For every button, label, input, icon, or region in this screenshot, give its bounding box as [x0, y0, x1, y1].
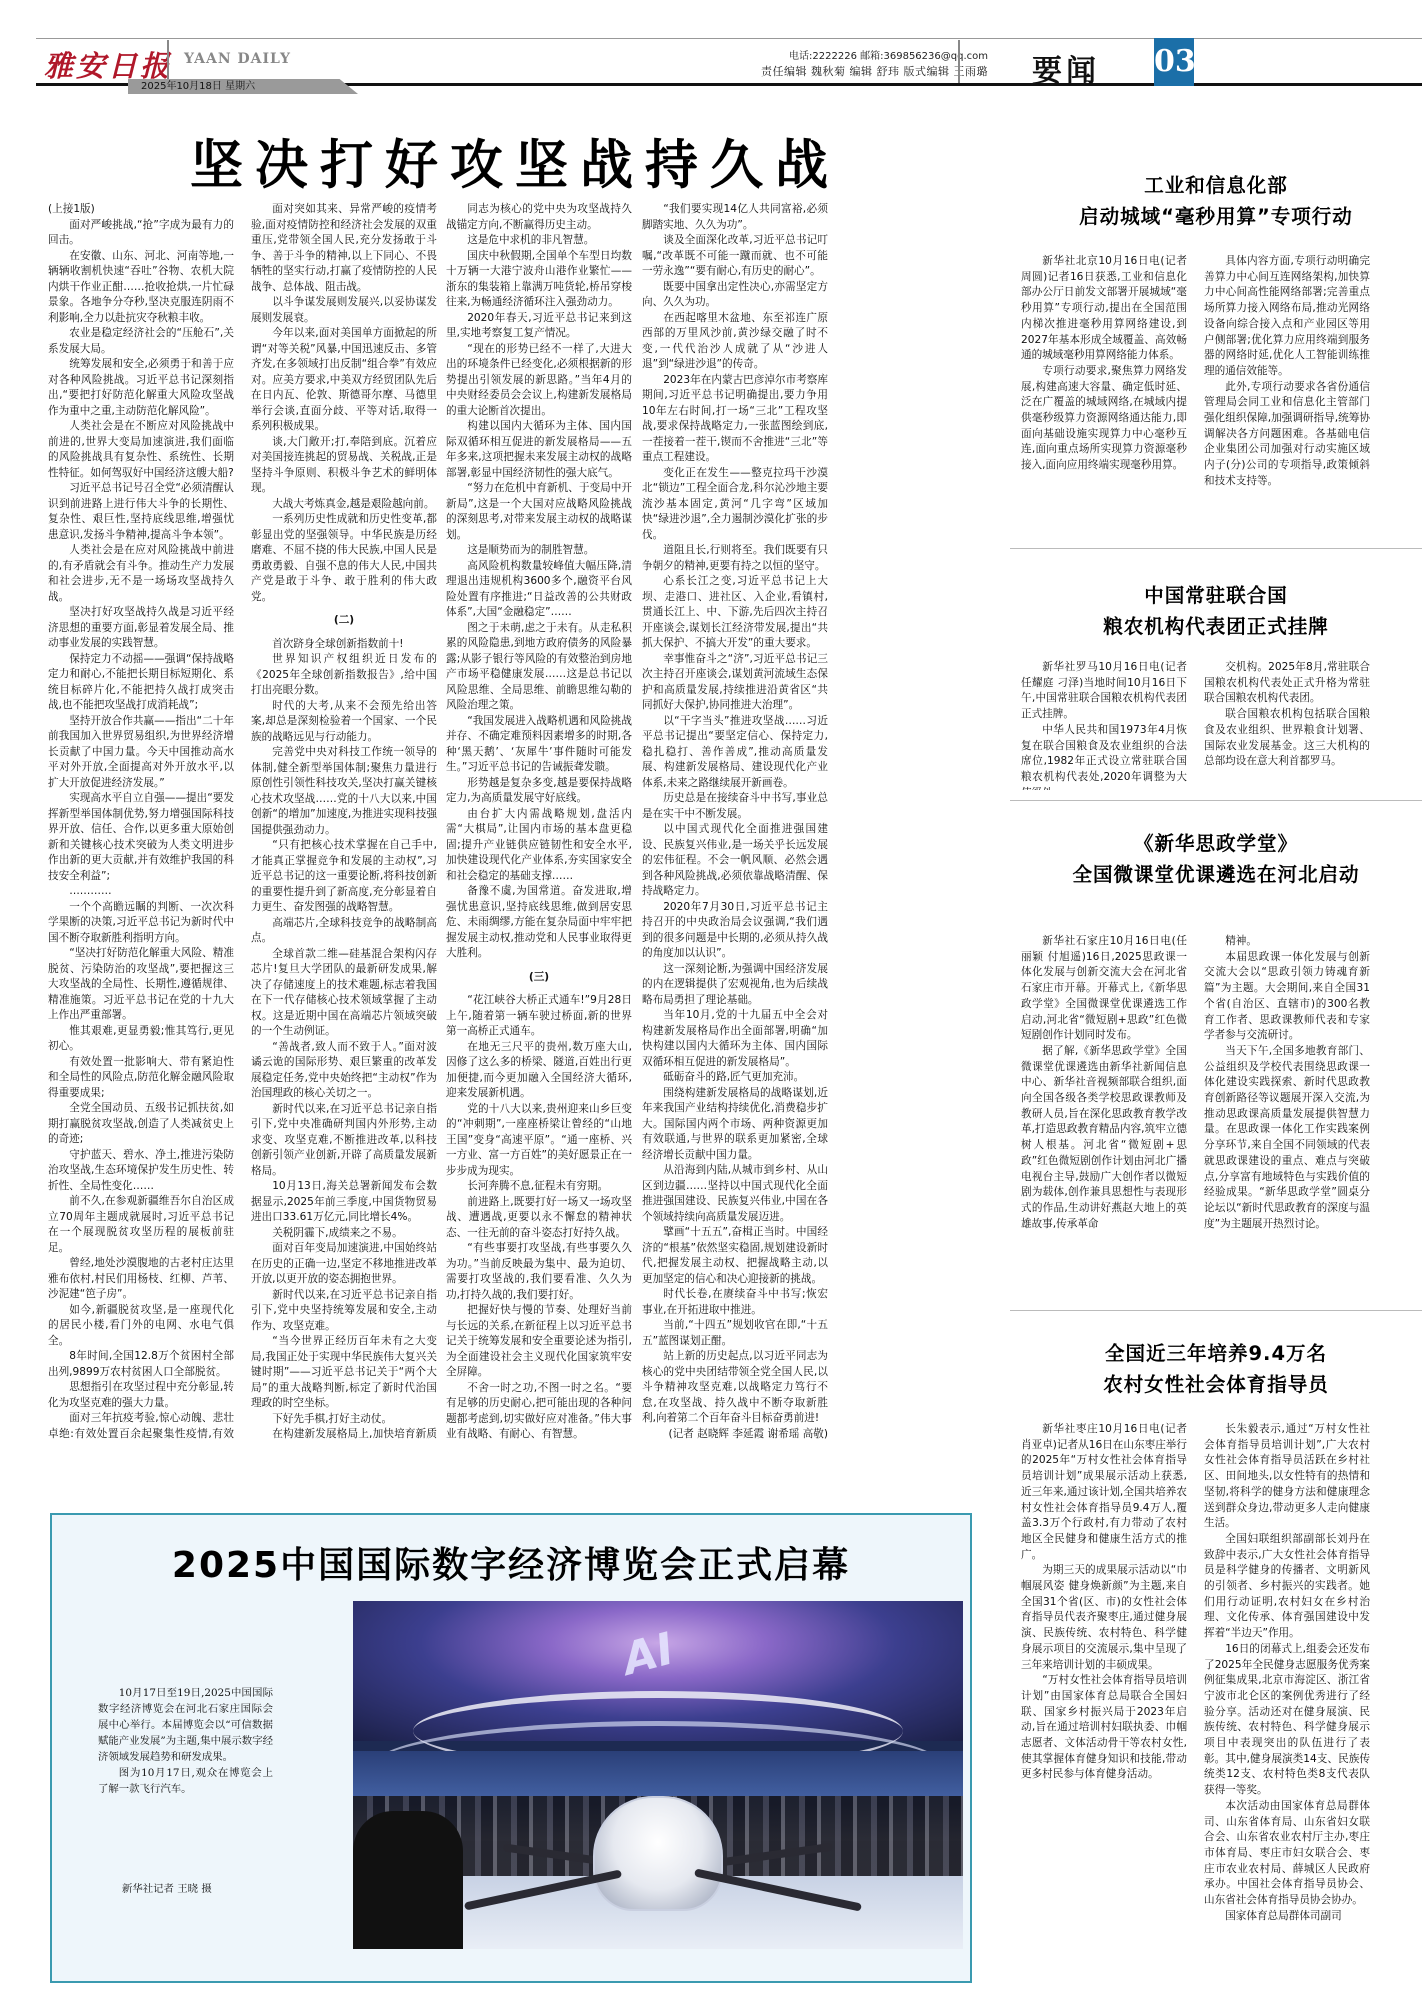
header-divider [958, 40, 960, 83]
photo-visitor [353, 1811, 463, 1949]
paragraph: 历史总是在接续奋斗中书写,事业总是在实干中不断发展。 [642, 791, 828, 822]
paragraph: 当天下午,全国多地教育部门、公益组织及学校代表围绕思政课一体化建设实践探索、新时… [1204, 1044, 1370, 1232]
headline-line: 全国微课堂优课遴选在河北启动 [1010, 859, 1422, 890]
paragraph: 同志为核心的党中央为攻坚战持久战锚定方向,不断赢得历史主动。 [446, 202, 632, 233]
paragraph: 前不久,在参观新疆维吾尔自治区成立70周年主题成就展时,习近平总书记在一个展现脱… [48, 1194, 234, 1256]
headline-line: 全国近三年培养9.4万名 [1010, 1338, 1422, 1369]
paragraph: 以斗争谋发展则发展兴,以妥协谋发展则发展衰。 [251, 295, 437, 326]
paragraph: 新华社北京10月16日电(记者 周圆)记者16日获悉,工业和信息化部办公厅日前发… [1021, 254, 1187, 364]
paragraph: 16日的闭幕式上,组委会还发布了2025年全民健身志愿服务优秀案例征集成果,北京… [1204, 1642, 1370, 1799]
paragraph: 首次跻身全球创新指数前十! [251, 637, 437, 653]
article-column-2: 面对突如其来、异常严峻的疫情考验,面对疫情防控和经济社会发展的双重重压,党带领全… [251, 202, 437, 1442]
photo-credit: 新华社记者 王晓 摄 [122, 1880, 212, 1895]
paragraph: (二) [251, 613, 437, 629]
paragraph: 本届思政课一体化发展与创新交流大会以“思政引领力铸魂育新篇”为主题。大会期间,来… [1204, 950, 1370, 1044]
paragraph: 道阻且长,行则将至。我们既要有只争朝夕的精神,更要有持之以恒的坚守。 [642, 543, 828, 574]
photo-feature: 2025中国国际数字经济博览会正式启幕 10月17日至19日,2025中国国际数… [50, 1513, 972, 1983]
headline-line: 《新华思政学堂》 [1010, 828, 1422, 859]
paragraph: 专项行动要求,聚焦算力网络发展,构建高速大容量、确定低时延、泛在广覆盖的城域网络… [1021, 364, 1187, 474]
paragraph: 在地无三尺平的贵州,数万座大山,因修了这么多的桥梁、隧道,百姓出行更加便捷,而今… [446, 1040, 632, 1102]
paragraph: 据了解,《新华思政学堂》全国微课堂优课遴选由新华社新闻信息中心、新华社音视频部联… [1021, 1044, 1187, 1232]
paragraph: 不舍一时之功,不图一时之名。“要有足够的历史耐心,把可能出现的各种问题都考虑到,… [446, 1381, 632, 1443]
paragraph: 当前,“十四五”规划收官在即,“十五五”蓝图谋划正酣。 [642, 1318, 828, 1349]
photo-feature-title: 2025中国国际数字经济博览会正式启幕 [52, 1537, 970, 1588]
paragraph: 新华社罗马10月16日电(记者 任耀庭 刁泽)当地时间10月16日下午,中国常驻… [1021, 660, 1187, 723]
expo-photo: AI [353, 1601, 963, 1949]
paragraphs: 长朱毅表示,通过“万村女性社会体育指导员培训计划”,广大农村女性社会体育指导员活… [1204, 1422, 1370, 1925]
paragraph: 一个个高瞻远瞩的判断、一次次科学果断的决策,习近平总书记为新时代中国不断夺取新胜… [48, 900, 234, 947]
paragraph: 完善党中央对科技工作统一领导的体制,健全新型举国体制;聚焦力量进行原创性引领性科… [251, 745, 437, 838]
story-2-column-b: 交机构。2025年8月,常驻联合国粮农机构代表处正式升格为常驻联合国粮农机构代表… [1204, 660, 1370, 790]
paragraphs: 面对突如其来、异常严峻的疫情考验,面对疫情防控和经济社会发展的双重重压,党带领全… [251, 202, 437, 1442]
story-4-column-b: 长朱毅表示,通过“万村女性社会体育指导员培训计划”,广大农村女性社会体育指导员活… [1204, 1422, 1370, 2002]
paragraph: 国家体育总局群体司副司 [1204, 1909, 1370, 1925]
paragraph: 新华社石家庄10月16日电(任丽颖 付旭遥)16日,2025思政课一体化发展与创… [1021, 934, 1187, 1044]
paragraph: 为期三天的成果展示活动以“巾帼展风姿 健身焕新颜”为主题,来自全国31个省(区、… [1021, 1563, 1187, 1673]
paragraph: 谈,大门敞开;打,奉陪到底。沉着应对美国接连挑起的贸易战、关税战,正是坚持斗争原… [251, 435, 437, 497]
paragraph: 新时代以来,在习近平总书记亲自指引下,党中央坚持统筹发展和安全,主动作为、攻坚克… [251, 1288, 437, 1335]
paragraph: 形势越是复杂多变,越是要保持战略定力,为高质量发展守好底线。 [446, 776, 632, 807]
paragraph: 在构建新发展格局上,加快培育新质生产力,塑造发展新优势新动能;在乡村振兴战场上,… [251, 1427, 437, 1442]
paragraph: 长朱毅表示,通过“万村女性社会体育指导员培训计划”,广大农村女性社会体育指导员活… [1204, 1422, 1370, 1532]
article-column-3: 同志为核心的党中央为攻坚战持久战锚定方向,不断赢得历史主动。这是危中求机的非凡智… [446, 202, 632, 1442]
paragraph: 农业是稳定经济社会的“压舱石”,关系发展大局。 [48, 326, 234, 357]
article-column-4: “我们要实现14亿人共同富裕,必须脚踏实地、久久为功”。谈及全面深化改革,习近平… [642, 202, 828, 1442]
paragraph: 党的十八大以来,贵州迎来山乡巨变的“冲刺期”,一座座桥梁让曾经的“山地王国”变身… [446, 1102, 632, 1180]
paragraph: 世界知识产权组织近日发布的《2025年全球创新指数报告》,给中国打出亮眼分数。 [251, 652, 437, 699]
paragraph: “万村女性社会体育指导员培训计划”由国家体育总局联合全国妇联、国家乡村振兴局于2… [1021, 1673, 1187, 1783]
story-1-column-b: 具体内容方面,专项行动明确完善算力中心间互连网络架构,加快算力中心间高性能网络部… [1204, 254, 1370, 534]
paragraph: 高风险机构数量较峰值大幅压降,清理退出违规机构3600多个,融资平台风险处置有序… [446, 559, 632, 621]
paragraphs: 新华社枣庄10月16日电(记者 肖亚卓)记者从16日在山东枣庄举行的2025年“… [1021, 1422, 1187, 1783]
paragraph: 国庆中秋假期,全国单个车型日均数十万辆一大港宁波舟山港作业繁忙——浙东的集装箱上… [446, 249, 632, 311]
paragraph: 新时代以来,在习近平总书记亲自指引下,党中央准确研判国内外形势,主动求变、攻坚克… [251, 1102, 437, 1180]
section-name: 要闻 [1032, 46, 1100, 90]
story-1-headline: 工业和信息化部 启动城域“毫秒用算”专项行动 [1010, 170, 1422, 232]
paragraph: 如今,新疆脱贫攻坚,是一座现代化的居民小楼,看门外的电网、水电气俱全。 [48, 1303, 234, 1350]
paragraph: 全国妇联组织部副部长刘丹在致辞中表示,广大女性社会体育指导员是科学健身的传播者、… [1204, 1532, 1370, 1642]
paragraph: “我国发展进入战略机遇和风险挑战并存、不确定难预料因素增多的时期,各种‘黑天鹅’… [446, 714, 632, 776]
paragraph: 把握好快与慢的节奏、处理好当前与长远的关系,在新征程上以习近平总书记关于统筹发展… [446, 1303, 632, 1381]
paragraph: 从沿海到内陆,从城市到乡村、从山区到边疆……坚持以中国式现代化全面推进强国建设、… [642, 1163, 828, 1225]
paragraphs: 同志为核心的党中央为攻坚战持久战锚定方向,不断赢得历史主动。这是危中求机的非凡智… [446, 202, 632, 1442]
paragraph: 既要中国拿出定性决心,亦需坚定方向、久久为功。 [642, 280, 828, 311]
story-4-headline: 全国近三年培养9.4万名 农村女性社会体育指导员 [1010, 1338, 1422, 1400]
paragraphs: 新华社北京10月16日电(记者 周圆)记者16日获悉,工业和信息化部办公厅日前发… [1021, 254, 1187, 474]
paragraph: 守护蓝天、碧水、净土,推进污染防治攻坚战,生态环境保护发生历史性、转折性、全局性… [48, 1148, 234, 1195]
paragraph: 擘画“十五五”,奋楫正当时。中国经济的“根基”依然坚实稳固,规划建设新时代,把握… [642, 1225, 828, 1287]
paragraph: 由台扩大内需战略规划,盘活内需“大棋局”,让国内市场的基本盘更稳固;提升产业链供… [446, 807, 632, 885]
paragraph: “善战者,致人而不致于人。”面对波谲云诡的国际形势、艰巨繁重的改革发展稳定任务,… [251, 1040, 437, 1102]
photo-caption: 10月17日至19日,2025中国国际数字经济博览会在河北石家庄国际会展中心举行… [98, 1685, 273, 1797]
paragraphs: 新华社罗马10月16日电(记者 任耀庭 刁泽)当地时间10月16日下午,中国常驻… [1021, 660, 1187, 790]
paragraph: 有效处置一批影响大、带有紧迫性和全局性的风险点,防范化解金融风险取得重要成果; [48, 1055, 234, 1102]
paragraph: “花江峡谷大桥正式通车!”9月28日上午,随着第一辆车驶过桥面,新的世界第一高桥… [446, 993, 632, 1040]
paragraph: 围绕构建新发展格局的战略谋划,近年来我国产业结构持续优化,消费稳步扩大。国际国内… [642, 1086, 828, 1164]
paragraph: 全球首款二维—硅基混合架构闪存芯片!复旦大学团队的最新研发成果,解决了存储速度上… [251, 947, 437, 1040]
paragraph: 这是顺势而为的制胜智慧。 [446, 543, 632, 559]
paragraph: “努力在危机中育新机、于变局中开新局”,这是一个大国对应战略风险挑战的深刻思考,… [446, 481, 632, 543]
continued-from: (上接1版) [48, 202, 234, 218]
paragraph: 坚持开放合作共赢——指出“二十年前我国加入世界贸易组织,为世界经济增长贡献了中国… [48, 714, 234, 792]
paragraph: 人类社会是在应对风险挑战中前进的,有矛盾就会有斗争。推动生产力发展和社会进步,无… [48, 543, 234, 605]
paragraph: 10月13日,海关总署新闻发布会数据显示,2025年前三季度,中国货物贸易进出口… [251, 1179, 437, 1226]
paragraph: 曾经,地处沙漠腹地的古老村庄达里雅布依村,村民们用杨枝、红柳、芦苇、沙泥建“笆子… [48, 1256, 234, 1303]
paragraph: 8年时间,全国12.8万个贫困村全部出列,9899万农村贫困人口全部脱贫。 [48, 1349, 234, 1380]
paragraph: 精神。 [1204, 934, 1370, 950]
story-3-headline: 《新华思政学堂》 全国微课堂优课遴选在河北启动 [1010, 828, 1422, 890]
story-2-column-a: 新华社罗马10月16日电(记者 任耀庭 刁泽)当地时间10月16日下午,中国常驻… [1021, 660, 1187, 790]
article-column-1: (上接1版) 面对严峻挑战,“抢”字成为最有力的回击。在安徽、山东、河北、河南等… [48, 202, 234, 1442]
paragraphs: 面对严峻挑战,“抢”字成为最有力的回击。在安徽、山东、河北、河南等地,一辆辆收割… [48, 218, 234, 1443]
paragraph: 心系长江之变,习近平总书记上大坝、走港口、进社区、入企业,看镇村,贯通长江上、中… [642, 574, 828, 652]
issue-date: 2025年10月18日 星期六 [141, 79, 255, 94]
headline-line: 工业和信息化部 [1010, 170, 1422, 201]
paragraph: 幸事惟奋斗之“济”,习近平总书记三次主持召开座谈会,谋划黄河流域生态保护和高质量… [642, 652, 828, 714]
paragraph: “有些事要打攻坚战,有些事要久久为功。”当前反映最为集中、最为迫切、需要打攻坚战… [446, 1241, 632, 1303]
paragraph: “我们要实现14亿人共同富裕,必须脚踏实地、久久为功”。 [642, 202, 828, 233]
paragraph: 实现高水平自立自强——提出“要发挥新型举国体制优势,努力增强国际科技界开放、信任… [48, 791, 234, 884]
paragraph: “现在的形势已经不一样了,大进大出的环境条件已经变化,必须根据新的形势提出引领发… [446, 342, 632, 420]
headline-line: 中国常驻联合国 [1010, 580, 1422, 611]
page-number: 03 [1154, 38, 1194, 86]
paragraph: 保持定力不动摇——强调“保持战略定力和耐心,不能把长期目标短期化、系统目标碎片化… [48, 652, 234, 714]
header-divider [167, 40, 169, 83]
paragraphs: 精神。本届思政课一体化发展与创新交流大会以“思政引领力铸魂育新篇”为主题。大会期… [1204, 934, 1370, 1232]
paragraph: 大战大考炼真金,越是艰险越向前。 [251, 497, 437, 513]
paragraph: 谈及全面深化改革,习近平总书记叮嘱,“改革既不可能一蹴而就、也不可能一劳永逸”“… [642, 233, 828, 280]
paragraph: 这是危中求机的非凡智慧。 [446, 233, 632, 249]
paragraph: 中华人民共和国1973年4月恢复在联合国粮食及农业组织的合法席位,1982年正式… [1021, 723, 1187, 790]
headline-line: 农村女性社会体育指导员 [1010, 1369, 1422, 1400]
paragraph: 2020年春天,习近平总书记来到这里,实地考察复工复产情况。 [446, 311, 632, 342]
paragraph: 时代长卷,在赓续奋斗中书写;恢宏事业,在开拓进取中推进。 [642, 1287, 828, 1318]
paragraph: 全党全国动员、五级书记抓扶贫,如期打赢脱贫攻坚战,创造了人类减贫史上的奇迹; [48, 1101, 234, 1148]
paragraph: 在安徽、山东、河北、河南等地,一辆辆收割机快速“吞吐”谷物、农机大院内烘干作业正… [48, 249, 234, 327]
paragraph: 以“干字当头”推进攻坚战……习近平总书记提出“要坚定信心、保持定力,稳扎稳打、善… [642, 714, 828, 792]
paragraph: 交机构。2025年8月,常驻联合国粮农机构代表处正式升格为常驻联合国粮农机构代表… [1204, 660, 1370, 707]
paragraph: 以中国式现代化全面推进强国建设、民族复兴伟业,是一场关乎长远发展的宏伟征程。不会… [642, 822, 828, 900]
paragraph: 下好先手棋,打好主动仗。 [251, 1412, 437, 1428]
paragraph: 此外,专项行动要求各省份通信管理局会同工业和信息化主管部门强化组织保障,加强调研… [1204, 380, 1370, 490]
paragraph: 面对严峻挑战,“抢”字成为最有力的回击。 [48, 218, 234, 249]
story-divider [1010, 548, 1422, 549]
paragraph: 新华社枣庄10月16日电(记者 肖亚卓)记者从16日在山东枣庄举行的2025年“… [1021, 1422, 1187, 1563]
paragraph: 思想指引在攻坚过程中充分彰显,转化为攻坚克难的强大力量。 [48, 1380, 234, 1411]
paragraph: 站上新的历史起点,以习近平同志为核心的党中央团结带领全党全国人民,以斗争精神攻坚… [642, 1349, 828, 1427]
story-divider [1010, 1310, 1422, 1311]
paragraph: 构建以国内大循环为主体、国内国际双循环相互促进的新发展格局——五年多来,这项把握… [446, 419, 632, 481]
paragraph: 变化正在发生——整克拉玛干沙漠北“锁边”工程全面合龙,科尔沁沙地主要流沙基本固定… [642, 466, 828, 544]
paragraph: 当年10月,党的十九届五中全会对构建新发展格局作出全面部署,明确“加快构建以国内… [642, 1008, 828, 1070]
paragraph: 长河奔腾不息,征程未有穷期。 [446, 1179, 632, 1195]
paragraph: 联合国粮农机构包括联合国粮食及农业组织、世界粮食计划署、国际农业发展基金。这三大… [1204, 707, 1370, 770]
editors-credit: 责任编辑 魏秋菊 编辑 舒玮 版式编辑 王雨璐 [761, 63, 988, 79]
paragraph: “当今世界正经历百年未有之大变局,我国正处于实现中华民族伟大复兴关键时期”——习… [251, 1334, 437, 1412]
paragraph: 习近平总书记号召全党“必须清醒认识到前进路上进行伟大斗争的长期性、复杂性、艰巨性… [48, 481, 234, 543]
paragraph: 时代的大考,从来不会预先给出答案,却总是深刻检验着一个国家、一个民族的战略远见与… [251, 699, 437, 746]
story-4-column-a: 新华社枣庄10月16日电(记者 肖亚卓)记者从16日在山东枣庄举行的2025年“… [1021, 1422, 1187, 2002]
paragraph: “只有把核心技术掌握在自己手中,才能真正掌握竞争和发展的主动权”,习近平总书记的… [251, 838, 437, 916]
paragraph: 统筹发展和安全,必须勇于和善于应对各种风险挑战。习近平总书记深刻指出,“要把打好… [48, 357, 234, 419]
paragraph: 砥砺奋斗的路,匠气更加充沛。 [642, 1070, 828, 1086]
caption-text: 10月17日至19日,2025中国国际数字经济博览会在河北石家庄国际会展中心举行… [98, 1685, 273, 1765]
main-headline: 坚决打好攻坚战持久战 [190, 123, 840, 199]
paragraph: 一系列历史性成就和历史性变革,都彰显出党的坚强领导。中华民族是历经磨难、不屈不挠… [251, 512, 437, 605]
paragraph: “坚决打好防范化解重大风险、精准脱贫、污染防治的攻坚战”,要把握这三大攻坚战的全… [48, 946, 234, 1024]
headline-line: 粮农机构代表团正式挂牌 [1010, 611, 1422, 642]
paragraph: 这一深刻论断,为强调中国经济发展的内在逻辑提供了宏观视角,也为后续战略布局勇担了… [642, 962, 828, 1009]
caption-text-2: 图为10月17日,观众在博览会上了解一款飞行汽车。 [98, 1765, 273, 1797]
paragraph: 高端芯片,全球科技竞争的战略制高点。 [251, 916, 437, 947]
flying-car-icon [593, 1796, 723, 1911]
paragraphs: 新华社石家庄10月16日电(任丽颖 付旭遥)16日,2025思政课一体化发展与创… [1021, 934, 1187, 1232]
paragraphs: 交机构。2025年8月,常驻联合国粮农机构代表处正式升格为常驻联合国粮农机构代表… [1204, 660, 1370, 770]
paragraphs: “我们要实现14亿人共同富裕,必须脚踏实地、久久为功”。谈及全面深化改革,习近平… [642, 202, 828, 1427]
paragraph: 具体内容方面,专项行动明确完善算力中心间互连网络架构,加快算力中心间高性能网络部… [1204, 254, 1370, 380]
paragraph: 面对突如其来、异常严峻的疫情考验,面对疫情防控和经济社会发展的双重重压,党带领全… [251, 202, 437, 295]
headline-line: 启动城域“毫秒用算”专项行动 [1010, 201, 1422, 232]
paragraph: 关税阴霾下,成绩来之不易。 [251, 1226, 437, 1242]
story-3-column-a: 新华社石家庄10月16日电(任丽颖 付旭遥)16日,2025思政课一体化发展与创… [1021, 934, 1187, 1294]
story-3-column-b: 精神。本届思政课一体化发展与创新交流大会以“思政引领力铸魂育新篇”为主题。大会期… [1204, 934, 1370, 1294]
paragraph: 2023年在内蒙古巴彦淖尔市考察库期间,习近平总书记明确提出,要力争用10年左右… [642, 373, 828, 466]
paragraphs: 具体内容方面,专项行动明确完善算力中心间互连网络架构,加快算力中心间高性能网络部… [1204, 254, 1370, 490]
byline: (记者 赵晓辉 李延霞 谢希瑶 高敬) [642, 1427, 828, 1443]
story-1-column-a: 新华社北京10月16日电(记者 周圆)记者16日获悉,工业和信息化部办公厅日前发… [1021, 254, 1187, 534]
paragraph: ………… [48, 884, 234, 900]
paragraph: 备豫不虞,为国常道。奋发进取,增强忧患意识,坚持底线思维,做到居安思危、未雨绸缪… [446, 884, 632, 962]
paragraph: 面对三年抗疫考验,惊心动魄、悲壮卓绝:有效处置百余起聚集性疫情,有效应对五波全球… [48, 1411, 234, 1442]
paragraph: 人类社会是在不断应对风险挑战中前进的,世界大变局加速演进,我们面临的风险挑战具有… [48, 419, 234, 481]
paragraph: 在西起喀里木盆地、东至祁连广原西部的万里风沙前,黄沙绿交融了时不变,一代代治沙人… [642, 311, 828, 373]
paragraph: 前进路上,既要打好一场又一场攻坚战、遭遇战,更要以永不懈怠的精神状态、一往无前的… [446, 1195, 632, 1242]
story-divider [1010, 800, 1422, 801]
story-2-headline: 中国常驻联合国 粮农机构代表团正式挂牌 [1010, 580, 1422, 642]
paragraph: 图之于未萌,虑之于未有。从走私积累的风险隐患,到地方政府债务的风险暴露;从影子银… [446, 621, 632, 714]
paragraph: 今年以来,面对美国单方面掀起的所谓“对等关税”风暴,中国迅速反击、多管齐发,在多… [251, 326, 437, 435]
paragraph: 坚决打好攻坚战持久战是习近平经济思想的重要方面,彰显着发展全局、推动事业发展的实… [48, 605, 234, 652]
paragraph: 惟其艰难,更显勇毅;惟其笃行,更见初心。 [48, 1024, 234, 1055]
paragraph: 面对百年变局加速演进,中国始终站在历史的正确一边,坚定不移地推进改革开放,以更开… [251, 1241, 437, 1288]
paragraph: 2020年7月30日,习近平总书记主持召开的中央政治局会议强调,“我们遇到的很多… [642, 900, 828, 962]
paragraph: (三) [446, 970, 632, 986]
english-name: YAAN DAILY [184, 51, 291, 67]
paragraph: 本次活动由国家体育总局群体司、山东省体育局、山东省妇女联合会、山东省农业农村厅主… [1204, 1799, 1370, 1909]
